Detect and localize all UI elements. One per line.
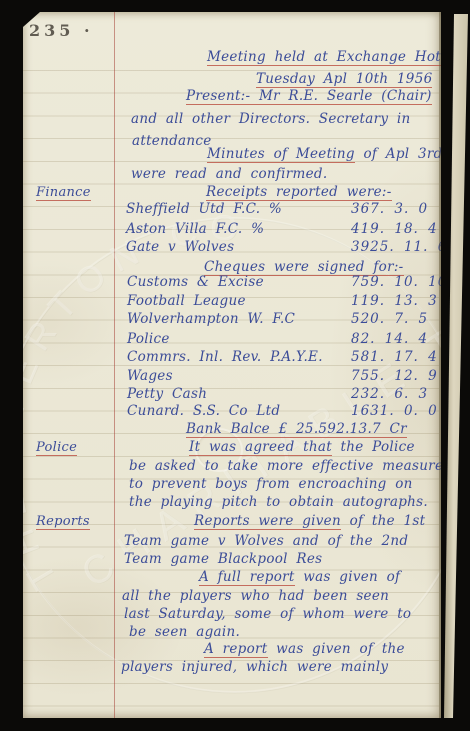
amount-value: 1631. 0. 0 xyxy=(351,403,438,419)
minute-book-photo: 235 · THE EVERTON COLLECTION THE EVERTON… xyxy=(0,0,470,731)
underlined-phrase: Meeting held at Exchange Hotel xyxy=(207,49,454,66)
handwritten-text: were read and confirmed. xyxy=(131,166,327,182)
ledger-line: Commrs. Inl. Rev. P.A.Y.E.581. 17. 4 xyxy=(23,349,441,368)
underlined-phrase: Minutes of Meeting xyxy=(207,146,355,163)
handwritten-text: Meeting held at Exchange Hotel xyxy=(207,49,454,65)
handwritten-text: A full report was given of xyxy=(199,569,400,585)
writing-layer: Meeting held at Exchange HotelTuesday Ap… xyxy=(23,12,441,718)
margin-heading: Reports xyxy=(36,514,90,530)
underlined-phrase: Bank Balce £ 25.592.13.7 Cr xyxy=(186,421,407,438)
ledger-line: A full report was given of xyxy=(23,569,441,588)
phrase: Petty Cash xyxy=(127,386,207,402)
handwritten-text: be seen again. xyxy=(129,624,240,640)
amount-value: 82. 14. 4 xyxy=(351,331,428,347)
ledger-line: last Saturday, some of whom were to xyxy=(23,606,441,625)
handwritten-text: Sheffield Utd F.C. % xyxy=(126,201,282,217)
handwritten-text: Bank Balce £ 25.592.13.7 Cr xyxy=(186,421,407,437)
phrase: Wolverhampton W. F.C xyxy=(127,311,295,327)
ledger-line: PoliceIt was agreed that the Police xyxy=(23,439,441,458)
phrase: Team game v Wolves and of the 2nd xyxy=(124,533,408,549)
phrase: was given of xyxy=(295,569,401,585)
amount-value: 3925. 11. 6 xyxy=(351,239,447,255)
ledger-line: players injured, which were mainly xyxy=(23,659,441,678)
ledger-line: all the players who had been seen xyxy=(23,588,441,607)
phrase: of the 1st xyxy=(341,513,425,529)
handwritten-text: the playing pitch to obtain autographs. xyxy=(129,494,428,510)
ledger-line: Minutes of Meeting of Apl 3rd xyxy=(23,146,441,165)
ledger-line: Football League119. 13. 3 xyxy=(23,293,441,312)
handwritten-text: all the players who had been seen xyxy=(122,588,389,604)
phrase: Customs & Excise xyxy=(127,274,264,290)
ledger-line: Wolverhampton W. F.C520. 7. 5 xyxy=(23,311,441,330)
phrase: Team game Blackpool Res xyxy=(124,551,322,567)
phrase: and all other Directors. Secretary in xyxy=(131,111,411,127)
handwritten-text: to prevent boys from encroaching on xyxy=(129,476,413,492)
ledger-line: to prevent boys from encroaching on xyxy=(23,476,441,495)
handwritten-text: Wolverhampton W. F.C xyxy=(127,311,295,327)
handwritten-text: Present:- Mr R.E. Searle (Chair) xyxy=(186,88,432,104)
ledger-line: were read and confirmed. xyxy=(23,166,441,185)
phrase: players injured, which were mainly xyxy=(121,659,388,675)
phrase: Aston Villa F.C. % xyxy=(126,221,264,237)
ledger-line: Meeting held at Exchange Hotel xyxy=(23,49,441,68)
phrase: Gate v Wolves xyxy=(126,239,234,255)
handwritten-text: last Saturday, some of whom were to xyxy=(124,606,411,622)
next-page-fore-edge xyxy=(440,14,470,718)
handwritten-text: Cheques were signed for:- xyxy=(204,259,404,275)
handwritten-text: be asked to take more effective measures xyxy=(129,458,450,474)
phrase: Wages xyxy=(127,368,173,384)
ledger-line: Bank Balce £ 25.592.13.7 Cr xyxy=(23,421,441,440)
handwritten-text: and all other Directors. Secretary in xyxy=(131,111,411,127)
phrase: the playing pitch to obtain autographs. xyxy=(129,494,428,510)
handwritten-text: Cunard. S.S. Co Ltd xyxy=(127,403,280,419)
underlined-phrase: Tuesday Apl 10th 1956 xyxy=(256,71,432,88)
underlined-phrase: Present:- Mr R.E. Searle (Chair) xyxy=(186,88,432,105)
phrase: Cunard. S.S. Co Ltd xyxy=(127,403,280,419)
amount-value: 581. 17. 4 xyxy=(351,349,438,365)
ledger-page: 235 · THE EVERTON COLLECTION THE EVERTON… xyxy=(23,12,441,718)
ledger-line: Customs & Excise759. 10. 10 xyxy=(23,274,441,293)
phrase: Commrs. Inl. Rev. P.A.Y.E. xyxy=(127,349,323,365)
handwritten-text: It was agreed that the Police xyxy=(189,439,415,455)
phrase: be seen again. xyxy=(129,624,240,640)
phrase: Sheffield Utd F.C. % xyxy=(126,201,282,217)
handwritten-text: Customs & Excise xyxy=(127,274,264,290)
ledger-line: Gate v Wolves3925. 11. 6 xyxy=(23,239,441,258)
phrase: to prevent boys from encroaching on xyxy=(129,476,413,492)
phrase: Football League xyxy=(127,293,246,309)
handwritten-text: players injured, which were mainly xyxy=(121,659,388,675)
ledger-line: Police82. 14. 4 xyxy=(23,331,441,350)
ledger-line: Team game v Wolves and of the 2nd xyxy=(23,533,441,552)
handwritten-text: Team game v Wolves and of the 2nd xyxy=(124,533,408,549)
phrase: be asked to take more effective measures xyxy=(129,458,450,474)
handwritten-text: Wages xyxy=(127,368,173,384)
ledger-line: A report was given of the xyxy=(23,641,441,660)
amount-value: 520. 7. 5 xyxy=(351,311,428,327)
underlined-phrase: It was agreed that xyxy=(189,439,332,456)
ledger-line: be asked to take more effective measures xyxy=(23,458,441,477)
phrase: the Police xyxy=(332,439,415,455)
handwritten-text: Police xyxy=(127,331,170,347)
handwritten-text: Minutes of Meeting of Apl 3rd xyxy=(207,146,443,162)
handwritten-text: Reports were given of the 1st xyxy=(194,513,425,529)
amount-value: 419. 18. 4 xyxy=(351,221,438,237)
phrase: all the players who had been seen xyxy=(122,588,389,604)
ledger-line: the playing pitch to obtain autographs. xyxy=(23,494,441,513)
phrase: Police xyxy=(127,331,170,347)
handwritten-text: Aston Villa F.C. % xyxy=(126,221,264,237)
handwritten-text: Petty Cash xyxy=(127,386,207,402)
ledger-line: and all other Directors. Secretary in xyxy=(23,111,441,130)
margin-heading: Police xyxy=(36,440,77,456)
underlined-phrase: Reports were given xyxy=(194,513,341,530)
amount-value: 759. 10. 10 xyxy=(351,274,447,290)
amount-value: 755. 12. 9 xyxy=(351,368,438,384)
phrase: of Apl 3rd xyxy=(355,146,443,162)
ledger-line: Cunard. S.S. Co Ltd1631. 0. 0 xyxy=(23,403,441,422)
ledger-line: Present:- Mr R.E. Searle (Chair) xyxy=(23,88,441,107)
phrase: last Saturday, some of whom were to xyxy=(124,606,411,622)
handwritten-text: Football League xyxy=(127,293,246,309)
handwritten-text: Gate v Wolves xyxy=(126,239,234,255)
handwritten-text: Team game Blackpool Res xyxy=(124,551,322,567)
phrase: were read and confirmed. xyxy=(131,166,327,182)
ledger-line: Team game Blackpool Res xyxy=(23,551,441,570)
amount-value: 367. 3. 0 xyxy=(351,201,428,217)
handwritten-text: A report was given of the xyxy=(204,641,405,657)
handwritten-text: Receipts reported were:- xyxy=(206,184,392,200)
handwritten-text: Commrs. Inl. Rev. P.A.Y.E. xyxy=(127,349,323,365)
phrase: was given of the xyxy=(268,641,405,657)
amount-value: 119. 13. 3 xyxy=(351,293,438,309)
ledger-line: Aston Villa F.C. %419. 18. 4 xyxy=(23,221,441,240)
ledger-line: ReportsReports were given of the 1st xyxy=(23,513,441,532)
underlined-phrase: A report xyxy=(204,641,268,658)
amount-value: 232. 6. 3 xyxy=(351,386,428,402)
underlined-phrase: A full report xyxy=(199,569,295,586)
ledger-line: Wages755. 12. 9 xyxy=(23,368,441,387)
ledger-line: Sheffield Utd F.C. %367. 3. 0 xyxy=(23,201,441,220)
handwritten-text: Tuesday Apl 10th 1956 xyxy=(256,71,432,87)
margin-heading: Finance xyxy=(36,185,91,201)
underlined-phrase: Receipts reported were:- xyxy=(206,184,392,201)
